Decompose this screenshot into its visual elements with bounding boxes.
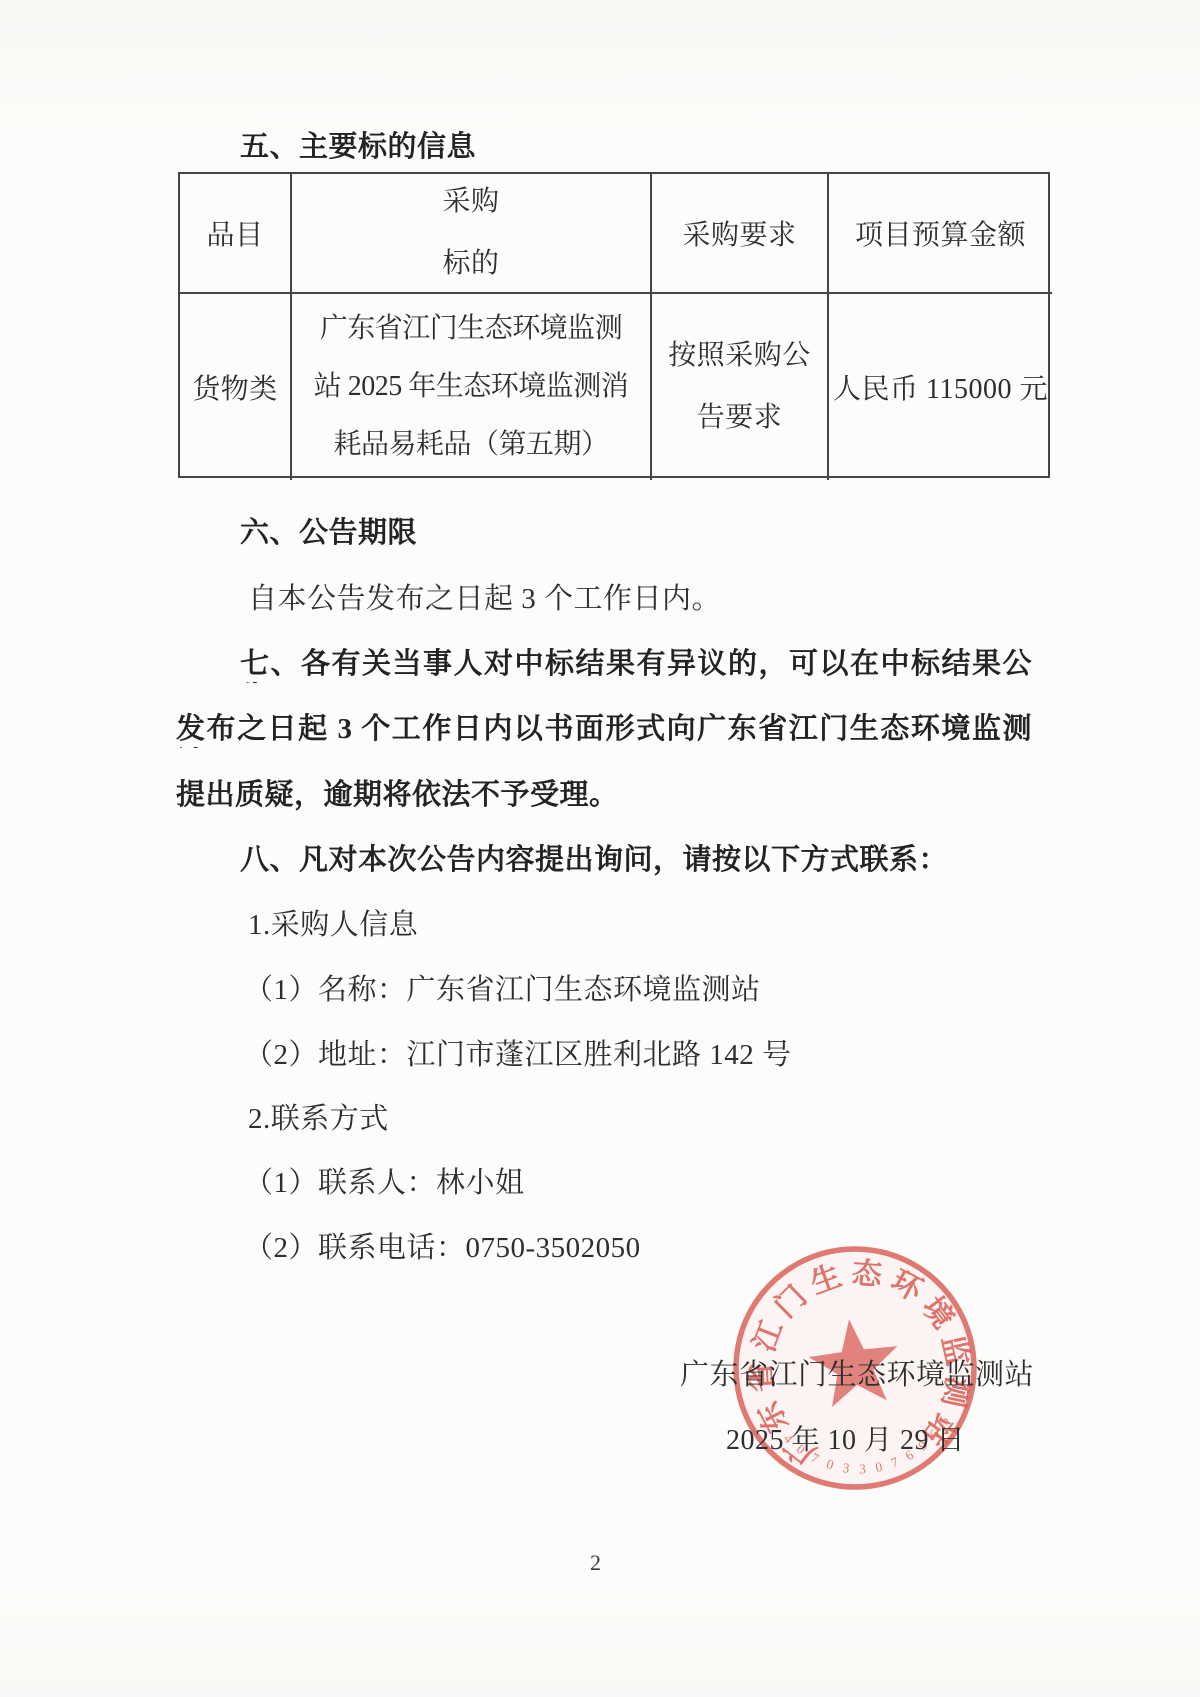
cell-requirement-line1: 按照采购公 (668, 325, 811, 387)
cell-subject-line1: 广东省江门生态环境监测 (320, 300, 623, 358)
table-cell-item: 货物类 (180, 294, 292, 480)
table-cell-requirement: 按照采购公 告要求 (652, 294, 829, 480)
cell-budget-value: 人民币 115000 元 (833, 367, 1048, 407)
contact-method-label: 2.联系方式 (248, 1102, 389, 1136)
signature-date: 2025 年 10 月 29 日 (726, 1424, 965, 1458)
section7-line1: 七、各有关当事人对中标结果有异议的，可以在中标结果公告 (240, 647, 1032, 683)
table-cell-budget: 人民币 115000 元 (829, 294, 1052, 480)
header-item-label: 品目 (206, 213, 263, 253)
purchaser-info-label: 1.采购人信息 (248, 908, 418, 942)
contact-phone: （2）联系电话：0750-3502050 (244, 1231, 641, 1265)
purchaser-name: （1）名称：广东省江门生态环境监测站 (244, 973, 761, 1007)
cell-subject-line2: 站 2025 年生态环境监测消 (314, 358, 629, 416)
header-subject-line1: 采购 (442, 171, 499, 233)
signature-org-name: 广东省江门生态环境监测站 (680, 1358, 1034, 1392)
cell-requirement-line2: 告要求 (697, 387, 783, 449)
document-page: 五、主要标的信息 品目 采购 标的 采购要求 项目预算金额 货物类 广东省江门生… (0, 0, 1200, 1697)
header-subject-line2: 标的 (442, 233, 499, 295)
table-header-item: 品目 (180, 174, 292, 294)
section6-heading: 六、公告期限 (240, 516, 417, 550)
section8-heading: 八、凡对本次公告内容提出询问，请按以下方式联系： (240, 843, 948, 877)
cell-item-value: 货物类 (192, 367, 278, 407)
page-number: 2 (590, 1550, 601, 1576)
contact-person: （1）联系人：林小姐 (244, 1166, 525, 1200)
table-header-budget: 项目预算金额 (829, 174, 1052, 294)
header-budget-label: 项目预算金额 (855, 213, 1026, 253)
section7-line3: 提出质疑，逾期将依法不予受理。 (176, 778, 619, 812)
section6-body: 自本公告发布之日起 3 个工作日内。 (248, 582, 721, 616)
purchaser-address: （2）地址：江门市蓬江区胜利北路 142 号 (244, 1038, 792, 1072)
section7-line2: 发布之日起 3 个工作日内以书面形式向广东省江门生态环境监测站 (176, 712, 1032, 748)
section5-heading: 五、主要标的信息 (240, 130, 476, 164)
cell-subject-line3: 耗品易耗品（第五期） (333, 416, 608, 474)
table-header-subject: 采购 标的 (292, 174, 652, 294)
table-header-requirement: 采购要求 (652, 174, 829, 294)
subject-table: 品目 采购 标的 采购要求 项目预算金额 货物类 广东省江门生态环境监测 站 2… (178, 172, 1050, 478)
header-requirement-label: 采购要求 (682, 213, 796, 253)
table-cell-subject: 广东省江门生态环境监测 站 2025 年生态环境监测消 耗品易耗品（第五期） (292, 294, 652, 480)
